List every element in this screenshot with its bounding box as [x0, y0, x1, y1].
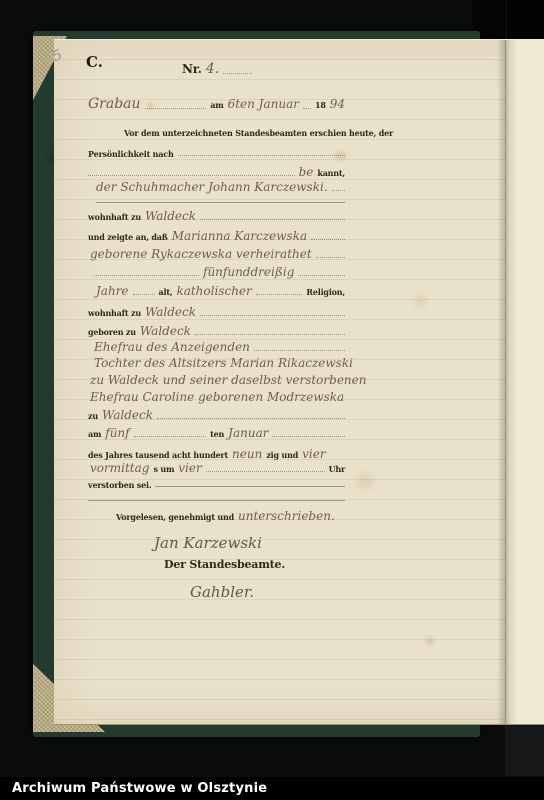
printed-verstorben: verstorben sei. — [88, 480, 151, 490]
closing-line: Vorgelesen, genehmigt und unterschrieben… — [116, 509, 335, 523]
printed-ten: ten — [210, 429, 224, 439]
ruled-blank — [133, 294, 155, 295]
printed-kannt: kannt, — [317, 168, 345, 178]
birthplace-value: Waldeck — [140, 324, 191, 338]
printed-am: am — [210, 100, 223, 110]
death-month-value: Januar — [228, 426, 268, 440]
relation-value: Ehefrau des Anzeigenden — [94, 340, 250, 354]
printed-geboren: geboren zu — [88, 327, 136, 337]
ruled-blank — [256, 294, 303, 295]
death-day-value: fünf — [105, 426, 129, 440]
printed-zeigte: und zeigte an, daß — [88, 232, 168, 242]
binding-lower-right — [505, 726, 544, 776]
ruled-blank — [195, 334, 345, 335]
daytime-value: vormittag — [90, 461, 149, 475]
ruled-blank — [254, 350, 345, 351]
residence-value: Waldeck — [145, 305, 196, 319]
printed-wohnhaft: wohnhaft zu — [88, 212, 141, 222]
birthname-line: geborene Rykaczewska verheirathet — [90, 247, 345, 261]
printed-wohnhaft: wohnhaft zu — [88, 308, 141, 318]
archive-watermark-bar: Archiwum Państwowe w Olsztynie — [0, 777, 544, 800]
declarant-signature: Jan Karzewski — [154, 534, 262, 552]
deceased-name: Marianna Karczewska — [172, 229, 307, 243]
relation-line: Ehefrau des Anzeigenden — [94, 340, 345, 354]
residence-line-1: wohnhaft zu Waldeck — [88, 209, 345, 223]
ruled-blank — [157, 418, 345, 419]
death-year-line: des Jahres tausend acht hundert neun zig… — [88, 447, 345, 461]
printed-am: am — [88, 429, 101, 439]
printed-uhr: Uhr — [329, 464, 345, 474]
ruled-blank — [200, 219, 345, 220]
deceased-birthname: geborene Rykaczewska verheirathet — [90, 247, 312, 261]
ruled-blank — [134, 436, 207, 437]
ruled-blank — [200, 315, 345, 316]
parents-text: zu Waldeck und seiner daselbst verstorbe… — [90, 373, 366, 387]
death-place-value: Waldeck — [102, 408, 153, 422]
death-time-line: vormittag s um vier Uhr — [90, 461, 345, 475]
ruled-blank — [311, 239, 345, 240]
ruled-blank — [88, 500, 345, 501]
page-crease-shadow — [497, 40, 506, 724]
ruled-blank — [96, 202, 345, 203]
date-line: Grabau am 6ten Januar 18 94 — [88, 96, 345, 112]
parents-line-2: zu Waldeck und seiner daselbst verstorbe… — [90, 373, 345, 387]
parents-text: Ehefrau Caroline geborenen Modrzewska — [90, 390, 344, 404]
residence-line-2: wohnhaft zu Waldeck — [88, 305, 345, 319]
archive-label: Archiwum Państwowe w Olsztynie — [12, 781, 267, 796]
report-line: und zeigte an, daß Marianna Karczewska — [88, 229, 345, 243]
jahre-written: Jahre — [96, 284, 129, 298]
year-written-2: vier — [302, 447, 325, 461]
record-number-line: Nr. 4. — [182, 61, 252, 77]
written-be: be — [299, 165, 314, 179]
bekannt-line: be kannt, — [88, 165, 345, 179]
age-value: fünfunddreißig — [203, 265, 294, 279]
parents-line-3: Ehefrau Caroline geborenen Modrzewska — [90, 390, 345, 404]
ruled-blank — [303, 108, 311, 109]
parents-line-1: Tochter des Altsitzers Marian Rikaczewsk… — [94, 356, 345, 370]
place-written: Grabau — [88, 96, 141, 112]
death-place-line: zu Waldeck — [88, 408, 345, 422]
death-date-line: am fünf ten Januar — [88, 426, 345, 440]
persoenlichkeit-line: Persönlichkeit nach — [88, 149, 345, 159]
printed-religion: Religion, — [306, 287, 345, 297]
registrar-signature: Gahbler. — [190, 583, 254, 601]
intro-line: Vor dem unterzeichneten Standesbeamten e… — [124, 128, 393, 138]
ruled-blank — [316, 257, 345, 258]
religion-value: katholischer — [176, 284, 251, 298]
declarant-signature-line: Jan Karzewski — [154, 534, 262, 552]
printed-zig-und: zig und — [266, 450, 298, 460]
year-written-1: neun — [232, 447, 262, 461]
nr-value: 4. — [206, 61, 219, 77]
written-closing: unterschrieben. — [238, 509, 335, 523]
ruled-blank — [332, 190, 345, 191]
ruled-blank — [94, 275, 199, 276]
ruled-blank — [145, 108, 207, 109]
next-page-edge — [505, 40, 544, 724]
printed-century: 18 — [315, 100, 326, 110]
printed-year: des Jahres tausend acht hundert — [88, 450, 228, 460]
ruled-blank — [155, 486, 345, 487]
verstorben-line: verstorben sei. — [88, 480, 345, 490]
age-line: fünfunddreißig — [94, 265, 345, 279]
photo-stage: 5 C. Nr. 4. Grabau am 6ten Januar 18 94 … — [0, 0, 544, 800]
printed-closing: Vorgelesen, genehmigt und — [116, 512, 234, 522]
blank-rule-line-1 — [96, 202, 345, 206]
nr-label: Nr. — [182, 62, 202, 76]
ruled-blank — [223, 73, 252, 74]
year-written: 94 — [330, 97, 345, 111]
parents-text: Tochter des Altsitzers Marian Rikaczewsk… — [94, 356, 353, 370]
form-corner-letter: C. — [86, 53, 103, 71]
declarant-name: der Schuhmacher Johann Karczewski. — [96, 180, 328, 194]
ruled-blank — [206, 471, 325, 472]
ruled-blank — [88, 175, 295, 176]
printed-zu: zu — [88, 411, 98, 421]
printed-s-um: s um — [153, 464, 174, 474]
date-day-month: 6ten Januar — [228, 97, 299, 111]
ruled-blank — [272, 436, 345, 437]
declarant-line: der Schuhmacher Johann Karczewski. — [96, 180, 345, 194]
blank-rule-line-2 — [88, 500, 345, 504]
registrar-signature-line: Gahbler. — [190, 583, 254, 601]
printed-alt: alt, — [159, 287, 173, 297]
birthplace-line: geboren zu Waldeck — [88, 324, 345, 338]
printed-intro: Vor dem unterzeichneten Standesbeamten e… — [124, 128, 393, 138]
residence-value: Waldeck — [145, 209, 196, 223]
ruled-blank — [178, 155, 345, 156]
registrar-label-line: Der Standesbeamte. — [164, 558, 285, 571]
religion-line: Jahre alt, katholischer Religion, — [96, 284, 345, 298]
printed-persoenlichkeit: Persönlichkeit nach — [88, 149, 174, 159]
printed-registrar-label: Der Standesbeamte. — [164, 558, 285, 571]
ruled-blank — [298, 275, 345, 276]
hour-value: vier — [178, 461, 201, 475]
